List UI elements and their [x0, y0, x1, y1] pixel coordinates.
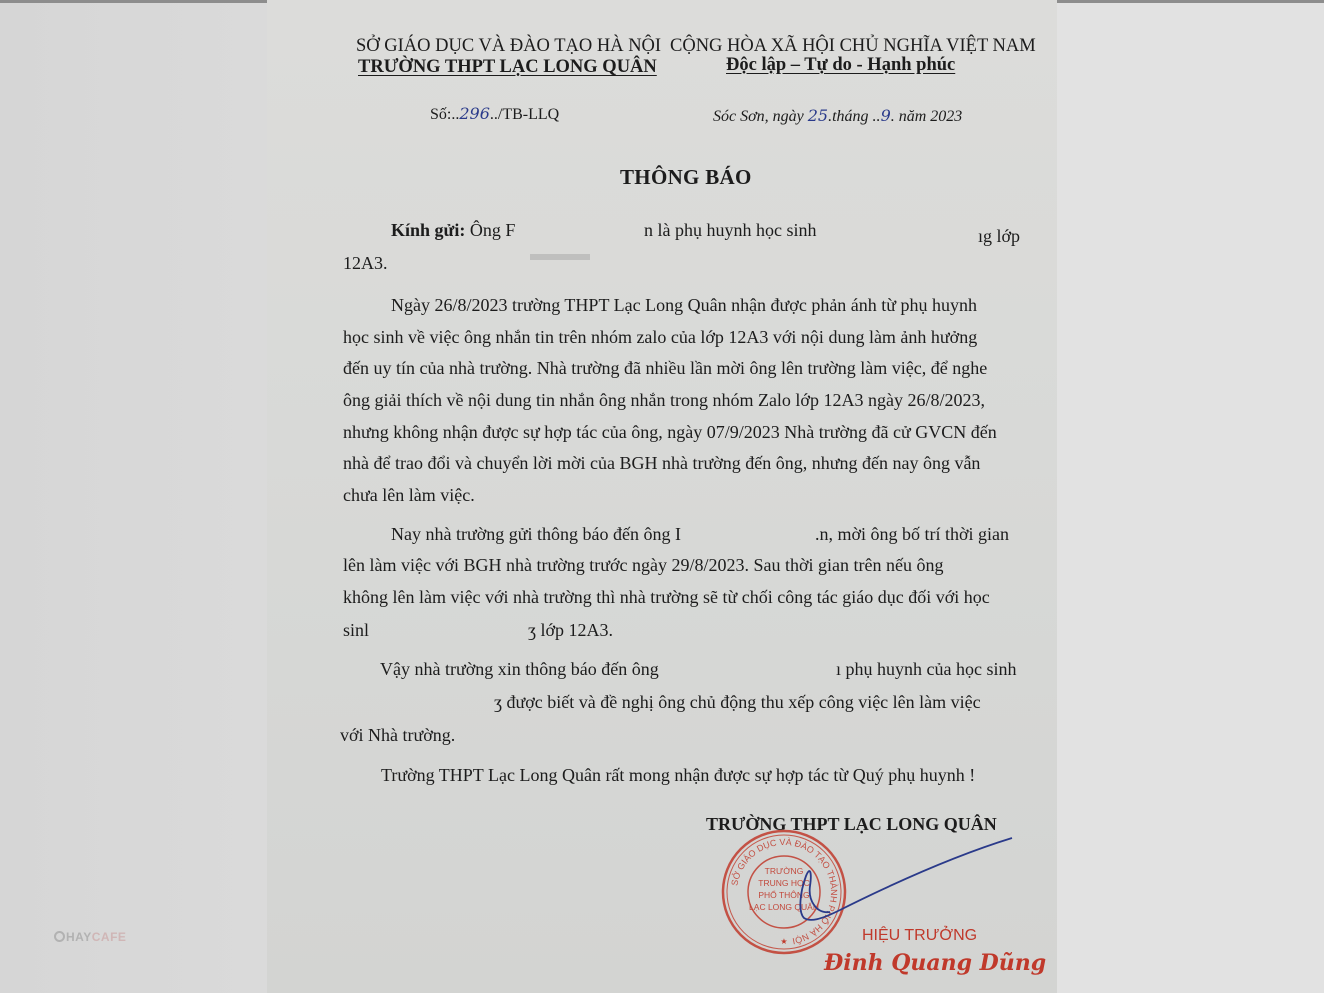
recipient-text-c: ıg lớp: [978, 226, 1020, 247]
document-date: Sóc Sơn, ngày 25.tháng ..9. năm 2023: [713, 106, 962, 126]
national-motto-text: Độc lập – Tự do - Hạnh phúc: [726, 55, 955, 75]
p1-line-5: nhưng không nhận được sự hợp tác của ông…: [343, 422, 997, 443]
country-name: CỘNG HÒA XÃ HỘI CHỦ NGHĨA VIỆT NAM: [670, 36, 1036, 57]
school-name-text: TRƯỜNG THPT LẠC LONG QUÂN: [358, 57, 657, 77]
date-suffix: . năm 2023: [891, 108, 963, 125]
p1-line-6: nhà để trao đổi và chuyển lời mời của BG…: [343, 453, 980, 474]
date-prefix: Sóc Sơn, ngày: [713, 108, 808, 125]
watermark-text-cafe: CAFE: [92, 930, 127, 944]
p3-line-1b: ı phụ huynh của học sinh: [836, 659, 1016, 680]
recipient-line: Kính gửi: Ông F: [391, 220, 515, 241]
p4-closing: Trường THPT Lạc Long Quân rất mong nhận …: [381, 765, 975, 786]
signature-scribble-icon: [780, 832, 1020, 932]
date-month-handwritten: 9: [881, 106, 891, 125]
haycafe-logo-icon: [54, 931, 65, 942]
p1-line-4: ông giải thích về nội dung tin nhắn ông …: [343, 390, 985, 411]
document-number: Số:..296../TB-LLQ: [430, 104, 559, 124]
p1-line-3: đến uy tín của nhà trường. Nhà trường đã…: [343, 358, 987, 379]
p3-line-2: ʒ được biết và đề nghị ông chủ động thu …: [494, 692, 981, 713]
redaction-smudge: [530, 254, 590, 260]
date-mid: .tháng ..: [828, 108, 880, 125]
ref-number-handwritten: 296: [459, 104, 490, 123]
date-day-handwritten: 25: [808, 106, 828, 125]
p2-line-4b: ʒ lớp 12A3.: [528, 620, 613, 641]
p2-line-3: không lên làm việc với nhà trường thì nh…: [343, 587, 990, 608]
right-background: [1057, 0, 1324, 993]
p1-line-1: Ngày 26/8/2023 trường THPT Lạc Long Quân…: [391, 295, 977, 316]
recipient-label: Kính gửi:: [391, 220, 465, 240]
national-motto: Độc lập – Tự do - Hạnh phúc: [726, 55, 955, 76]
recipient-text-b: n là phụ huynh học sinh: [644, 220, 817, 241]
p3-line-3: với Nhà trường.: [340, 725, 455, 746]
recipient-text-d: 12A3.: [343, 253, 388, 274]
p2-line-4a: sinl: [343, 620, 369, 641]
p1-line-7: chưa lên làm việc.: [343, 485, 475, 506]
watermark-text-hay: HAY: [66, 930, 92, 944]
watermark: HAYCAFE: [54, 930, 126, 944]
school-name: TRƯỜNG THPT LẠC LONG QUÂN: [358, 57, 657, 78]
recipient-text-a: Ông F: [465, 220, 515, 240]
p2-line-1b: .n, mời ông bố trí thời gian: [815, 524, 1009, 545]
ref-prefix: Số:..: [430, 106, 459, 123]
signature-position: HIỆU TRƯỞNG: [862, 927, 977, 945]
p2-line-2: lên làm việc với BGH nhà trường trước ng…: [343, 555, 943, 576]
ref-suffix: ../TB-LLQ: [490, 106, 559, 123]
p1-line-2: học sinh về việc ông nhắn tin trên nhóm …: [343, 327, 977, 348]
department-name: SỞ GIÁO DỤC VÀ ĐÀO TẠO HÀ NỘI: [356, 36, 661, 57]
left-background: [0, 0, 267, 993]
signature-name: Đinh Quang Dũng: [824, 950, 1046, 976]
p2-line-1a: Nay nhà trường gửi thông báo đến ông I: [391, 524, 681, 545]
document-title: THÔNG BÁO: [620, 165, 752, 190]
p3-line-1a: Vậy nhà trường xin thông báo đến ông: [380, 659, 659, 680]
svg-text:★: ★: [780, 937, 787, 946]
